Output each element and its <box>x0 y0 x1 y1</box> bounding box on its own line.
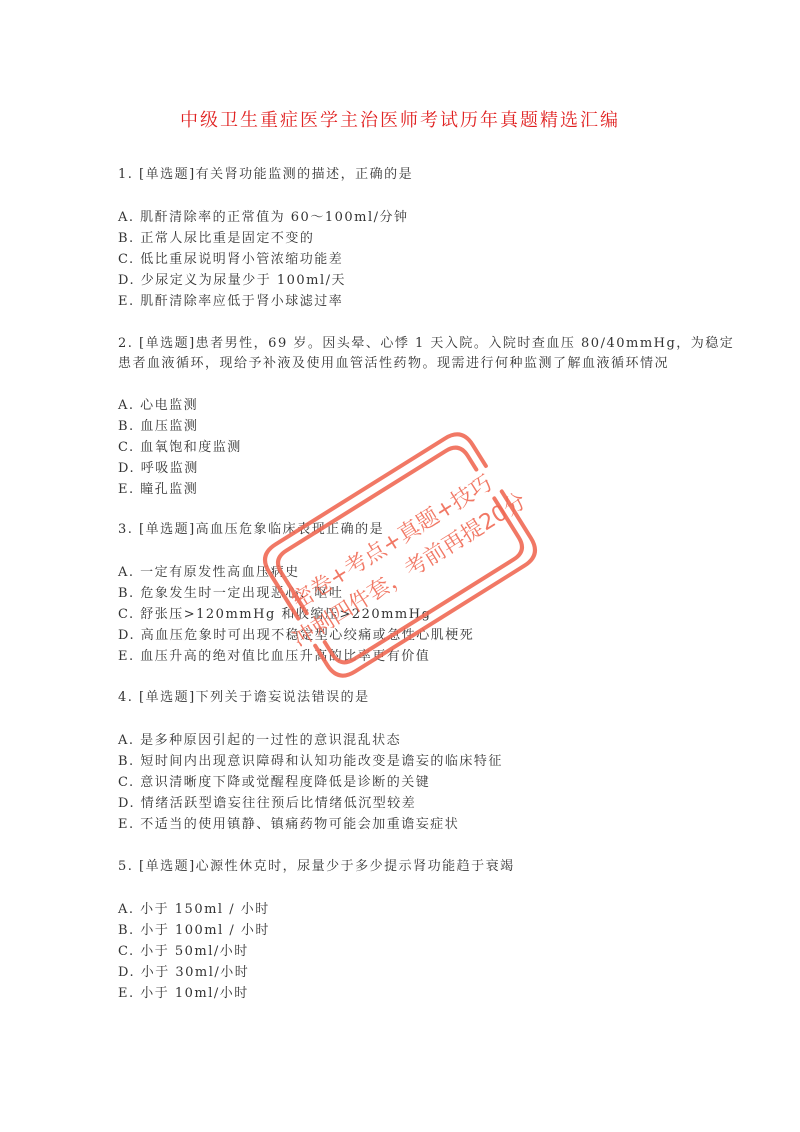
question-1-option-c: C. 低比重尿说明肾小管浓缩功能差 <box>118 248 343 267</box>
question-1-stem: 1. [单选题]有关肾功能监测的描述，正确的是 <box>118 163 413 182</box>
document-title: 中级卫生重症医学主治医师考试历年真题精选汇编 <box>0 106 800 132</box>
question-2-option-a: A. 心电监测 <box>118 394 198 413</box>
question-1-option-e: E. 肌酐清除率应低于肾小球滤过率 <box>118 290 343 309</box>
question-2-stem-line2: 患者血液循环，现给予补液及使用血管活性药物。现需进行何种监测了解血液循环情况 <box>118 352 669 371</box>
question-5-option-d: D. 小于 30ml/小时 <box>118 961 249 980</box>
question-2-option-d: D. 呼吸监测 <box>118 457 199 476</box>
question-1-option-d: D. 少尿定义为尿量少于 100ml/天 <box>118 269 346 288</box>
question-1-option-b: B. 正常人尿比重是固定不变的 <box>118 227 314 246</box>
question-3-option-a: A. 一定有原发性高血压病史 <box>118 561 300 580</box>
question-5-option-c: C. 小于 50ml/小时 <box>118 940 249 959</box>
question-4-option-e: E. 不适当的使用镇静、镇痛药物可能会加重谵妄症状 <box>118 813 459 832</box>
question-5-option-b: B. 小于 100ml / 小时 <box>118 919 270 938</box>
question-5-stem: 5. [单选题]心源性休克时，尿量少于多少提示肾功能趋于衰竭 <box>118 855 515 874</box>
question-3-option-c: C. 舒张压>120mmHg 和收缩压>220mmHg <box>118 603 431 622</box>
question-2-option-b: B. 血压监测 <box>118 415 198 434</box>
question-2-stem-line1: 2. [单选题]患者男性，69 岁。因头晕、心悸 1 天入院。入院时查血压 80… <box>118 332 734 351</box>
question-4-option-b: B. 短时间内出现意识障碍和认知功能改变是谵妄的临床特征 <box>118 750 503 769</box>
question-2-option-c: C. 血氧饱和度监测 <box>118 436 242 455</box>
question-3-option-b: B. 危象发生时一定出现恶心、呕吐 <box>118 582 343 601</box>
question-3-option-e: E. 血压升高的绝对值比血压升高的比率更有价值 <box>118 645 430 664</box>
question-4-stem: 4. [单选题]下列关于谵妄说法错误的是 <box>118 686 370 705</box>
question-4-option-d: D. 情绪活跃型谵妄往往预后比情绪低沉型较差 <box>118 792 416 811</box>
question-3-option-d: D. 高血压危象时可出现不稳定型心绞痛或急性心肌梗死 <box>118 624 474 643</box>
question-3-stem: 3. [单选题]高血压危象临床表现正确的是 <box>118 518 384 537</box>
question-2-option-e: E. 瞳孔监测 <box>118 478 198 497</box>
document-page: 中级卫生重症医学主治医师考试历年真题精选汇编 1. [单选题]有关肾功能监测的描… <box>0 0 800 1132</box>
question-4-option-c: C. 意识清晰度下降或觉醒程度降低是诊断的关键 <box>118 771 430 790</box>
question-5-option-a: A. 小于 150ml / 小时 <box>118 898 270 917</box>
question-5-option-e: E. 小于 10ml/小时 <box>118 982 249 1001</box>
question-1-option-a: A. 肌酐清除率的正常值为 60～100ml/分钟 <box>118 206 409 225</box>
question-4-option-a: A. 是多种原因引起的一过性的意识混乱状态 <box>118 729 401 748</box>
